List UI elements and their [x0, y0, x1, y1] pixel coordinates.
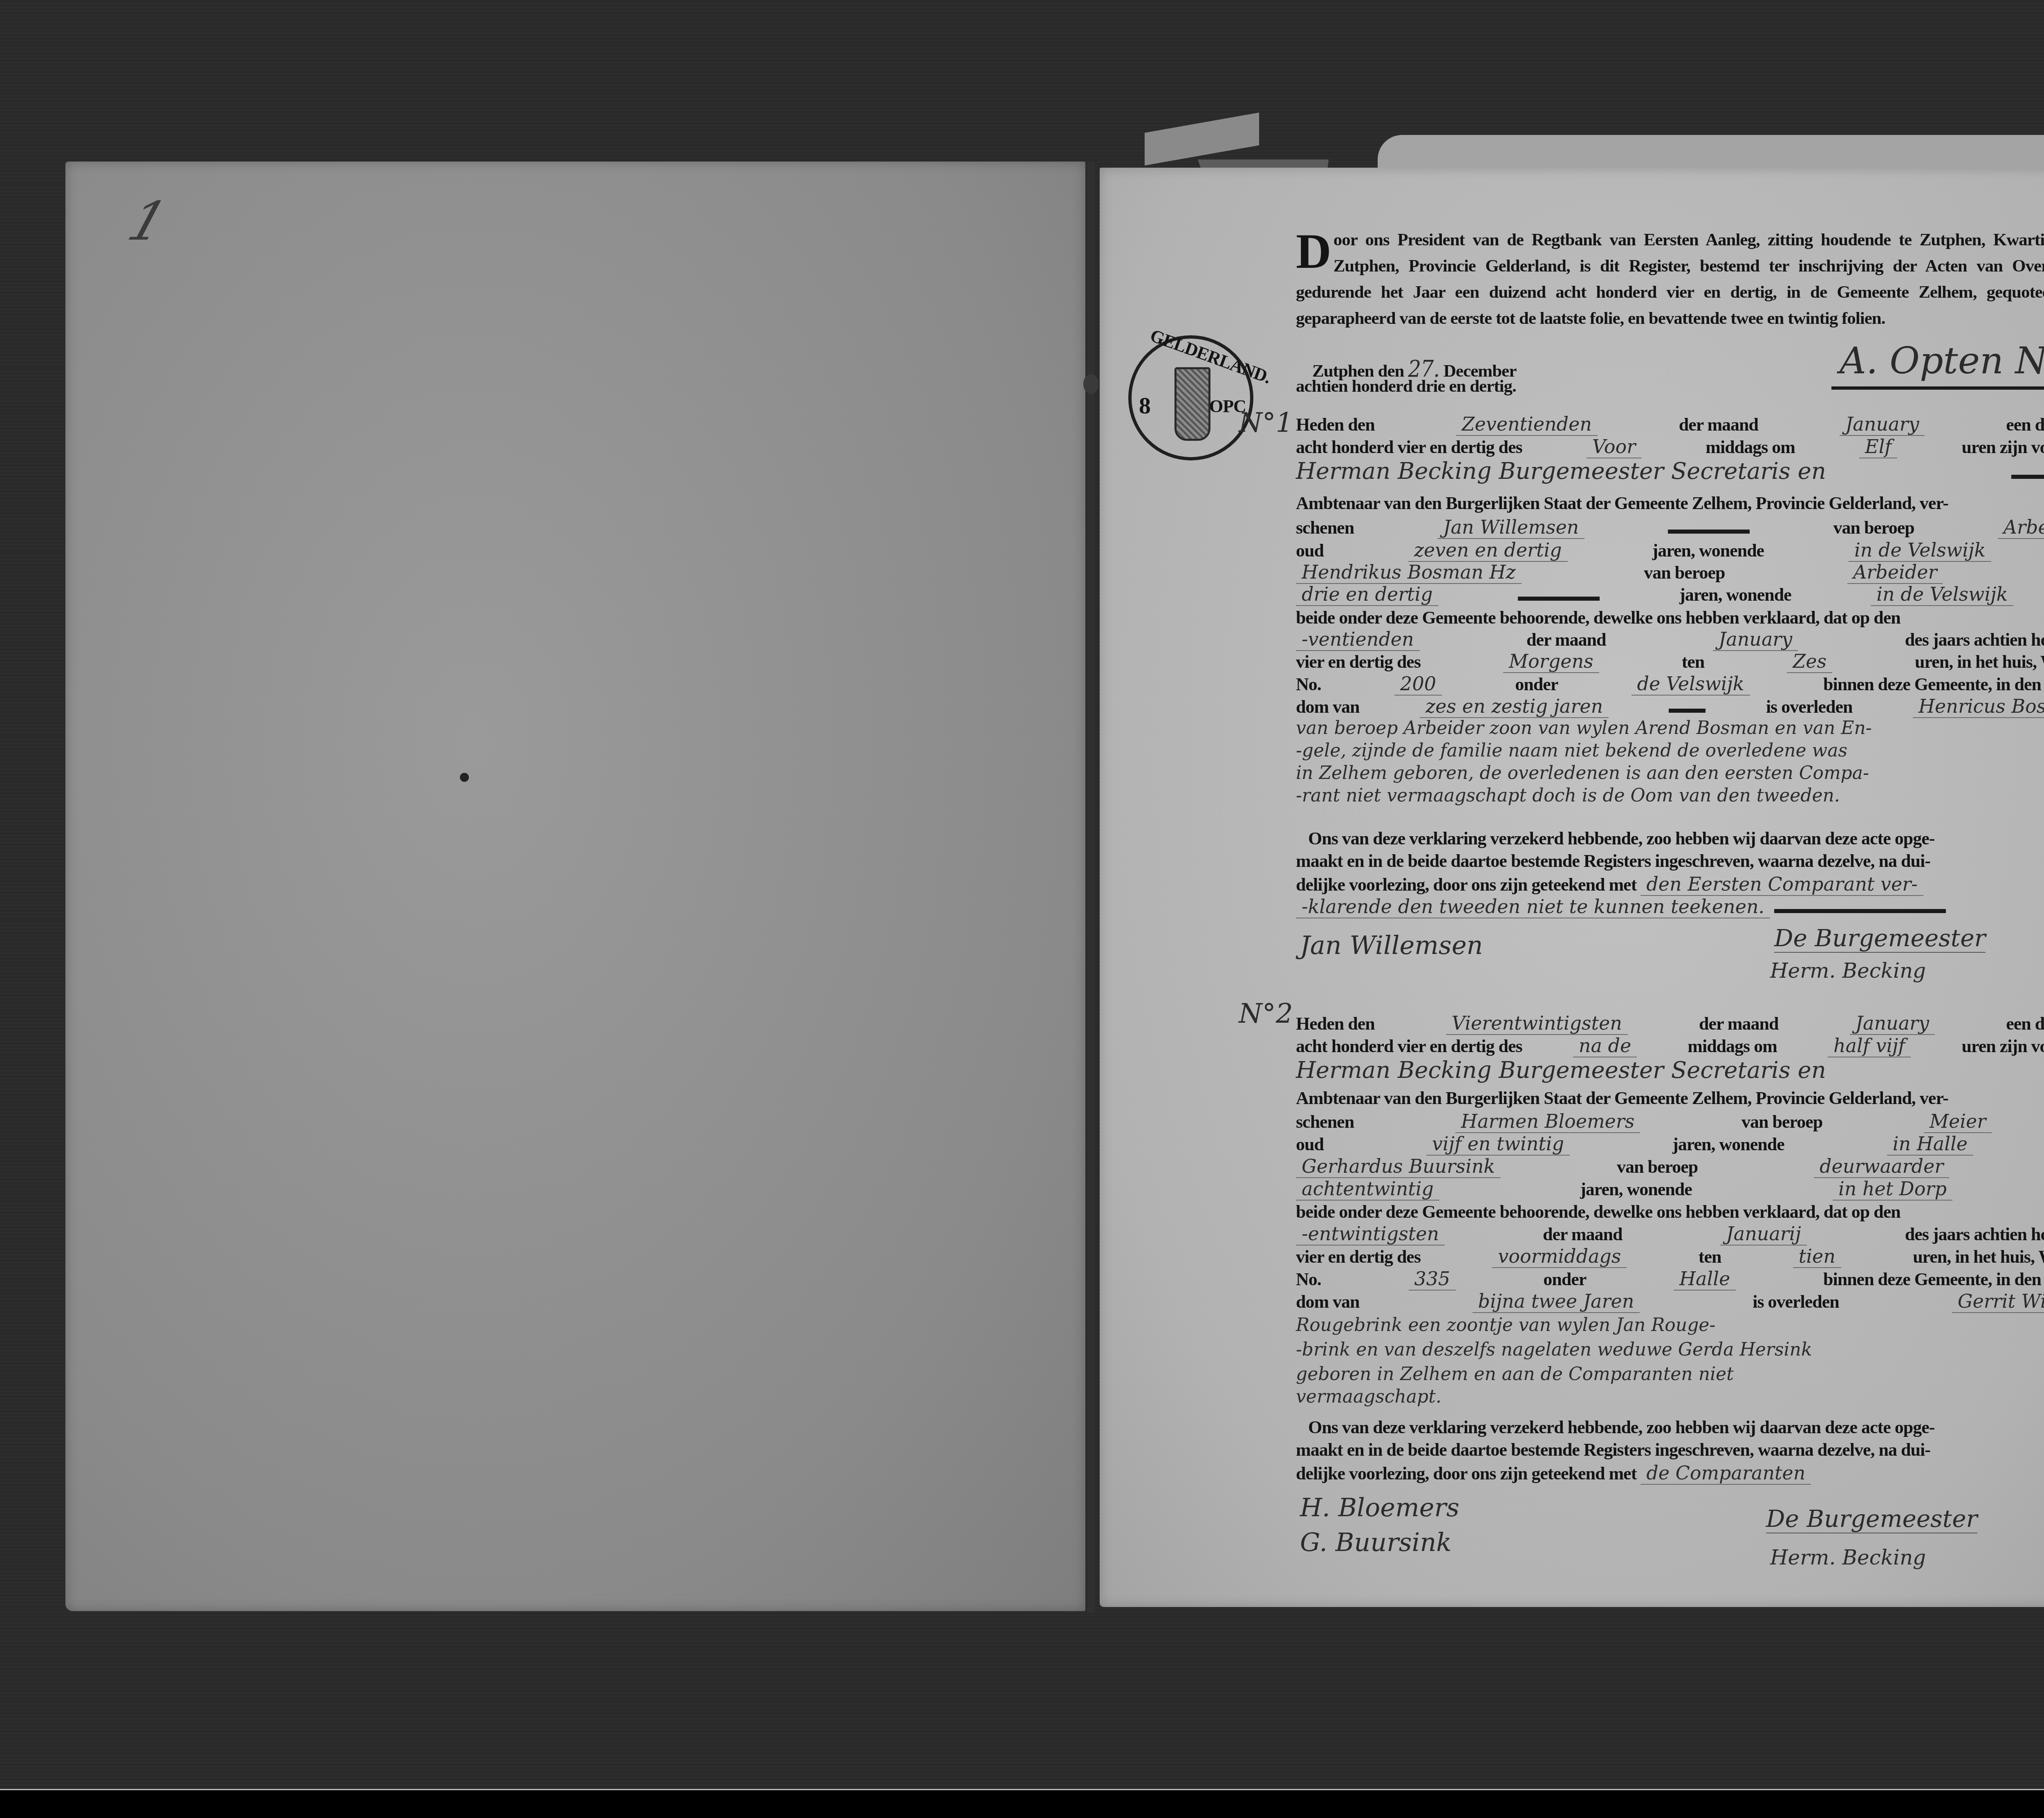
handwritten-remark: geboren in Zelhem en aan de Comparanten …: [1296, 1364, 2044, 1385]
handwritten-deceased: Henricus Bosman: [1913, 695, 2044, 718]
printed-text: Heden den: [1296, 1013, 1375, 1034]
printed-text: van beroep: [1741, 1111, 1822, 1132]
entry-line: acht honderd vier en dertig des na de mi…: [1296, 1035, 2044, 1057]
intro-year: achtien honderd drie en dertig.: [1296, 376, 1516, 396]
printed-text: Heden den: [1296, 414, 1375, 435]
fill-rule: [1668, 530, 1750, 534]
printed-text: acht honderd vier en dertig des: [1296, 437, 1522, 458]
entry-closing: maakt en in de beide daartoe bestemde Re…: [1296, 851, 2044, 871]
entry-line: No. 335 onder Halle binnen deze Gemeente…: [1296, 1268, 2044, 1291]
handwritten-time-period: Voor: [1587, 435, 1641, 458]
printed-text: beide onder deze Gemeente behoorende, de…: [1296, 1201, 1901, 1222]
fill-rule: [1518, 597, 1600, 601]
entry-closing: Ons van deze verklaring verzekerd hebben…: [1308, 828, 2044, 849]
printed-text: uren, in het huis, Wijk E: [1915, 651, 2044, 672]
entry-line: -ventienden der maand January des jaars …: [1296, 628, 2044, 651]
witness-signature: Jan Willemsen: [1300, 930, 1483, 960]
left-page-blank: 1: [65, 162, 1085, 1611]
printed-text: oud: [1296, 1134, 1324, 1155]
printed-text: dom van: [1296, 1291, 1360, 1312]
handwritten-location: de Velswijk: [1632, 673, 1750, 696]
ink-spot: [460, 773, 469, 782]
printed-text: No.: [1296, 674, 1321, 695]
printed-text: jaren, wonende: [1652, 540, 1764, 561]
handwritten-location: Halle: [1674, 1268, 1736, 1291]
handwritten-time-period: na de: [1573, 1035, 1637, 1057]
mayor-signature: Herm. Becking: [1770, 1546, 1926, 1569]
handwritten-occupation: Arbeider: [1847, 561, 1943, 584]
mayor-label: De Burgemeester: [1774, 924, 1986, 953]
handwritten-closing: -klarende den tweeden niet te kunnen tee…: [1296, 896, 1770, 918]
printed-text: schenen: [1296, 517, 1354, 538]
printed-text: vier en dertig des: [1296, 1246, 1421, 1267]
printed-text: middags om: [1688, 1036, 1777, 1057]
entry-line: Ambtenaar van den Burgerlijken Staat der…: [1296, 1088, 2044, 1109]
entry-line: oud zeven en dertig jaren, wonende in de…: [1296, 539, 2044, 562]
entry-line: vier en dertig des voormiddags ten tien …: [1296, 1245, 2044, 1268]
handwritten-remark: Rougebrink een zoontje van wylen Jan Rou…: [1296, 1315, 2044, 1335]
handwritten-remark: -rant niet vermaagschapt doch is de Oom …: [1296, 785, 2044, 806]
printed-text: schenen: [1296, 1111, 1354, 1132]
printed-text: No.: [1296, 1269, 1321, 1290]
printed-text: der maand: [1543, 1224, 1622, 1245]
handwritten-death-day: -ventienden: [1296, 628, 1420, 651]
entry-line: achtentwintig jaren, wonende in het Dorp: [1296, 1178, 2044, 1201]
entry-line: drie en dertig jaren, wonende in de Vels…: [1296, 583, 2044, 606]
entry-number: N°1: [1239, 407, 1293, 438]
handwritten-hour: half vijf: [1828, 1035, 1911, 1057]
handwritten-declarant: Jan Willemsen: [1437, 516, 1585, 539]
printed-text: ten: [1682, 651, 1705, 672]
printed-text: uren zijn voor ons: [1962, 1036, 2044, 1057]
entry-line: Herman Becking Burgemeester Secretaris e…: [1296, 458, 2044, 485]
entry-closing: delijke voorlezing, door ons zijn geteek…: [1296, 873, 2044, 896]
handwritten-day: Zeventienden: [1456, 413, 1598, 436]
printed-text: onder: [1515, 674, 1558, 695]
handwritten-age: achtentwintig: [1296, 1178, 1439, 1201]
entry-line: Herman Becking Burgemeester Secretaris e…: [1296, 1057, 2044, 1084]
printed-text: dom van: [1296, 696, 1360, 717]
printed-text: delijke voorlezing, door ons zijn geteek…: [1296, 1463, 1636, 1484]
printed-text: binnen deze Gemeente, in den ouder-: [1823, 1269, 2044, 1290]
entry-line: beide onder deze Gemeente behoorende, de…: [1296, 1200, 2044, 1222]
printed-text: der maand: [1699, 1013, 1778, 1034]
handwritten-death-month: January: [1713, 628, 1798, 651]
entry-line: -entwintigsten der maand Januarij des ja…: [1296, 1223, 2044, 1246]
handwritten-age: vijf en twintig: [1426, 1133, 1570, 1156]
printed-text: van beroep: [1617, 1156, 1698, 1177]
printed-text: een duizend: [2006, 1013, 2044, 1034]
handwritten-declarant: Harmen Bloemers: [1455, 1110, 1641, 1133]
handwritten-declarant: Gerhardus Buursink: [1296, 1155, 1501, 1178]
printed-text: is overleden: [1766, 696, 1853, 717]
entry-line: acht honderd vier en dertig des Voor mid…: [1296, 435, 2044, 458]
stamp-value: 8: [1139, 392, 1150, 419]
handwritten-remark: vermaagschapt.: [1296, 1386, 2044, 1407]
printed-text: uren zijn voor ons: [1962, 437, 2044, 458]
handwritten-closing: de Comparanten: [1641, 1462, 1811, 1485]
printed-text: onder: [1543, 1269, 1586, 1290]
entry-closing: -klarende den tweeden niet te kunnen tee…: [1296, 896, 2044, 918]
printed-text: ten: [1699, 1246, 1721, 1267]
pencil-folio-mark: 1: [121, 190, 175, 252]
entry-line: Gerhardus Buursink van beroep deurwaarde…: [1296, 1155, 2044, 1178]
binding-thread-knot: [1083, 374, 1099, 394]
printed-text: der maand: [1679, 414, 1758, 435]
handwritten-hour: tien: [1793, 1245, 1841, 1268]
printed-text: maakt en in de beide daartoe bestemde Re…: [1296, 851, 1930, 871]
entry-line: No. 200 onder de Velswijk binnen deze Ge…: [1296, 673, 2044, 696]
entry-line: oud vijf en twintig jaren, wonende in Ha…: [1296, 1133, 2044, 1156]
entry-closing: Ons van deze verklaring verzekerd hebben…: [1308, 1417, 2044, 1438]
entry-line: Hendrikus Bosman Hz van beroep Arbeider …: [1296, 561, 2044, 584]
printed-text: des jaars achtien honderd: [1905, 1224, 2044, 1245]
handwritten-death-month: Januarij: [1720, 1223, 1807, 1246]
entry-line: Heden den Zeventienden der maand January…: [1296, 413, 2044, 436]
entry-line: dom van zes en zestig jaren is overleden…: [1296, 695, 2044, 718]
handwritten-declarant: Hendrikus Bosman Hz: [1296, 561, 1522, 584]
printed-text: beide onder deze Gemeente behoorende, de…: [1296, 607, 1901, 628]
handwritten-hour: Zes: [1787, 650, 1832, 673]
handwritten-official: Herman Becking Burgemeester Secretaris e…: [1296, 1057, 1826, 1084]
printed-text: Ambtenaar van den Burgerlijken Staat der…: [1296, 1088, 1948, 1109]
printed-text: acht honderd vier en dertig des: [1296, 1036, 1522, 1057]
printed-text: binnen deze Gemeente, in den ouder-: [1823, 674, 2044, 695]
printed-text: Ambtenaar van den Burgerlijken Staat der…: [1296, 493, 1948, 514]
printed-text: een duizend: [2006, 414, 2044, 435]
handwritten-residence: in de Velswijk: [1871, 583, 2013, 606]
handwritten-remark: -gele, zijnde de familie naam niet beken…: [1296, 740, 2044, 761]
intro-text: oor ons President van de Regtbank van Ee…: [1296, 227, 2044, 332]
entry-number: N°2: [1239, 998, 1293, 1029]
witness-signature-2: G. Buursink: [1300, 1527, 1452, 1557]
fill-rule: [2011, 475, 2044, 479]
printed-text: jaren, wonende: [1672, 1134, 1784, 1155]
printed-text: is overleden: [1753, 1291, 1839, 1312]
handwritten-occupation: deurwaarder: [1814, 1155, 1949, 1178]
printed-text: delijke voorlezing, door ons zijn geteek…: [1296, 874, 1636, 895]
fill-rule: [1669, 709, 1706, 713]
handwritten-house-no: 200: [1394, 673, 1442, 696]
handwritten-month: January: [1850, 1012, 1935, 1035]
handwritten-remark: -brink en van deszelfs nagelaten weduwe …: [1296, 1339, 2044, 1360]
entry-closing: delijke voorlezing, door ons zijn geteek…: [1296, 1462, 2044, 1485]
entry-line: schenen Harmen Bloemers van beroep Meier: [1296, 1110, 2044, 1133]
handwritten-residence: in het Dorp: [1833, 1178, 1952, 1201]
handwritten-age: zeven en dertig: [1408, 539, 1568, 562]
printed-text: der maand: [1526, 629, 1606, 650]
handwritten-house-no: 335: [1409, 1268, 1456, 1291]
scan-bottom-border: [0, 1789, 2044, 1818]
entry-line: beide onder deze Gemeente behoorende, de…: [1296, 606, 2044, 628]
entry-line: dom van bijna twee Jaren is overleden Ge…: [1296, 1290, 2044, 1313]
entry-line: schenen Jan Willemsen van beroep Arbeide…: [1296, 516, 2044, 539]
handwritten-day: Vierentwintigsten: [1446, 1012, 1628, 1035]
handwritten-hour: Elf: [1859, 435, 1897, 458]
coat-of-arms-icon: [1174, 367, 1210, 441]
printed-text: oud: [1296, 540, 1324, 561]
entry-line: Ambtenaar van den Burgerlijken Staat der…: [1296, 493, 2044, 514]
gelderland-tax-stamp: GELDERLAND. 8 OPC: [1128, 335, 1253, 460]
mayor-signature: Herm. Becking: [1770, 959, 1926, 983]
handwritten-remark: van beroep Arbeider zoon van wylen Arend…: [1296, 718, 2044, 738]
handwritten-occupation: Meier: [1924, 1110, 1992, 1133]
handwritten-age: drie en dertig: [1296, 583, 1439, 606]
president-signature: A. Opten Noort: [1831, 339, 2044, 390]
handwritten-closing: den Eersten Comparant ver-: [1641, 873, 1923, 896]
handwritten-deceased: Gerrit Willem: [1952, 1290, 2044, 1313]
printed-text: vier en dertig des: [1296, 651, 1421, 672]
drop-cap: D: [1296, 227, 1331, 276]
handwritten-residence: in de Velswijk: [1849, 539, 1991, 562]
printed-text: Ons van deze verklaring verzekerd hebben…: [1308, 828, 1934, 849]
register-intro: D oor ons President van de Regtbank van …: [1296, 227, 2044, 332]
printed-text: middags om: [1706, 437, 1795, 458]
handwritten-remark: in Zelhem geboren, de overledenen is aan…: [1296, 763, 2044, 783]
printed-text: van beroep: [1644, 562, 1725, 583]
fill-rule: [1774, 909, 1946, 913]
mayor-label: De Burgemeester: [1766, 1505, 1977, 1533]
handwritten-age-deceased: zes en zestig jaren: [1420, 695, 1609, 718]
printed-text: jaren, wonende: [1580, 1179, 1692, 1200]
entry-line: Heden den Vierentwintigsten der maand Ja…: [1296, 1012, 2044, 1035]
printed-text: Ons van deze verklaring verzekerd hebben…: [1308, 1417, 1934, 1438]
printed-text: van beroep: [1833, 517, 1914, 538]
handwritten-death-day: -entwintigsten: [1296, 1223, 1445, 1246]
printed-text: jaren, wonende: [1679, 584, 1791, 605]
handwritten-time-period: voormiddags: [1492, 1245, 1627, 1268]
handwritten-official: Herman Becking Burgemeester Secretaris e…: [1296, 458, 1826, 485]
handwritten-residence: in Halle: [1887, 1133, 1973, 1156]
handwritten-month: January: [1840, 413, 1925, 436]
entry-closing: maakt en in de beide daartoe bestemde Re…: [1296, 1439, 2044, 1460]
handwritten-time-period: Morgens: [1503, 650, 1599, 673]
entry-line: vier en dertig des Morgens ten Zes uren,…: [1296, 650, 2044, 673]
witness-signature: H. Bloemers: [1300, 1493, 1459, 1522]
printed-text: uren, in het huis, Wijk G: [1913, 1246, 2044, 1267]
handwritten-occupation: Arbeider: [1998, 516, 2044, 539]
printed-text: des jaars achtien honderd: [1905, 629, 2044, 650]
handwritten-age-deceased: bijna twee Jaren: [1472, 1290, 1640, 1313]
printed-text: maakt en in de beide daartoe bestemde Re…: [1296, 1439, 1930, 1460]
